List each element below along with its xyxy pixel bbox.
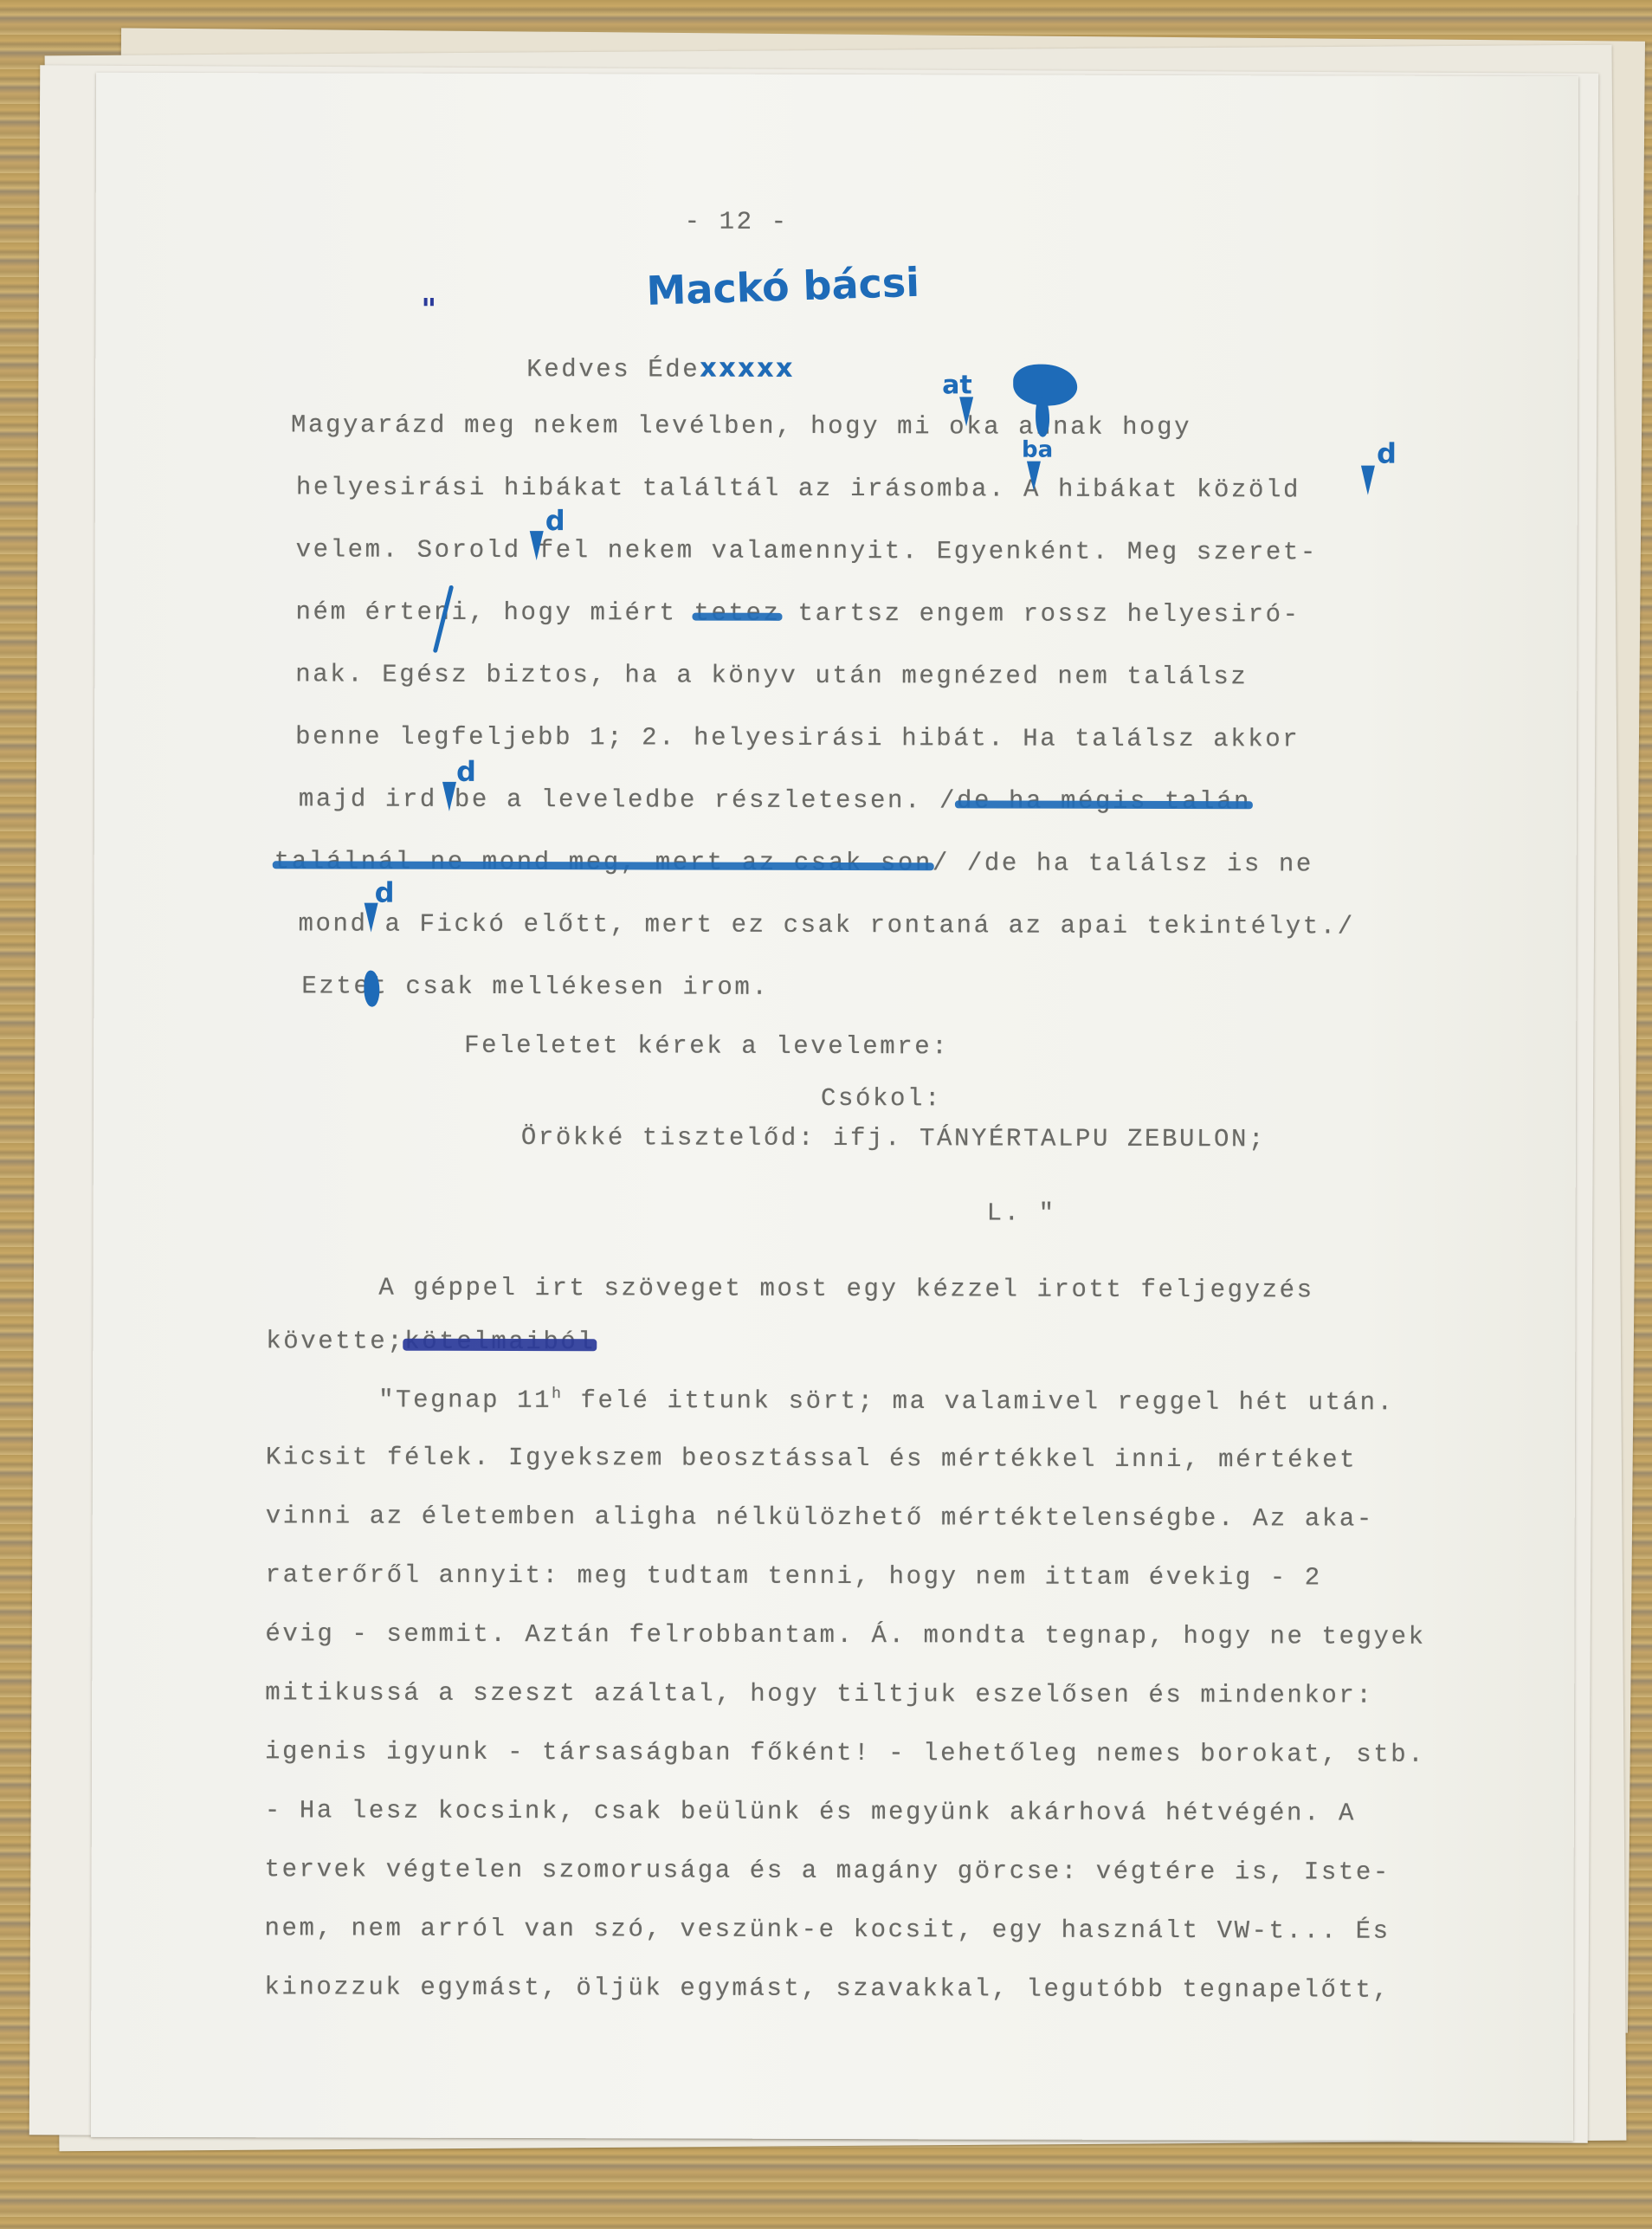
line-text: / /de ha találsz is ne xyxy=(932,849,1313,878)
salutation: Kedves Édexxxxx xyxy=(457,330,795,408)
line-text: ném érteni, hogy miért xyxy=(295,598,694,627)
letter-line: Magyarázd meg nekem levélben, hogy mi ok… xyxy=(291,412,1191,440)
struck-phrase: de ha mégis talán xyxy=(957,786,1251,816)
letter-line: nak. Egész biztos, ha a könyv után megné… xyxy=(295,662,1248,689)
salutation-struck-text: xxxxx xyxy=(700,353,795,384)
line-text: követte; xyxy=(266,1327,404,1355)
ink-blot-icon xyxy=(1036,397,1049,437)
opening-quote-mark: " xyxy=(421,295,436,325)
diary-line: vinni az életemben aligha nélkülözhető m… xyxy=(266,1503,1374,1531)
page-number: - 12 - xyxy=(685,210,789,235)
insertion-caret-icon xyxy=(1027,462,1041,491)
struck-phrase: kötelmaiból xyxy=(404,1328,595,1357)
diary-line: mitikussá a szeszt azáltal, hogy tiltjuk… xyxy=(265,1680,1373,1708)
letter-line: benne legfeljebb 1; 2. helyesirási hibát… xyxy=(295,724,1300,752)
diary-line: "Tegnap 11h felé ittunk sört; ma valamiv… xyxy=(378,1386,1395,1416)
manuscript-page: - 12 - Mackó bácsi " Kedves Édexxxxx Mag… xyxy=(91,73,1578,2141)
signature-initial: L. " xyxy=(987,1200,1056,1225)
diary-line: raterőről annyit: meg tudtam tenni, hogy… xyxy=(266,1562,1322,1590)
insertion-caret-icon xyxy=(530,531,544,560)
insertion-caret-icon xyxy=(959,397,973,426)
narrative-line: követte;kötelmaiból xyxy=(266,1328,595,1354)
correction-insert: d xyxy=(456,758,476,785)
letter-line: találnál ne mond meg, mert az csak son/ … xyxy=(274,849,1313,876)
line-text: "Tegnap 11 xyxy=(378,1386,552,1415)
diary-line: nem, nem arról van szó, veszünk-e kocsit… xyxy=(264,1916,1390,1943)
signature: Örökké tisztelőd: ifj. TÁNYÉRTALPU ZEBUL… xyxy=(521,1125,1266,1152)
letter-line: velem. Sorold fel nekem valamennyit. Egy… xyxy=(296,537,1318,565)
closing-kiss: Csókol: xyxy=(821,1086,942,1111)
diary-line: Kicsit félek. Igyekszem beosztással és m… xyxy=(266,1444,1357,1472)
struck-phrase: találnál ne mond meg, mert az csak son xyxy=(274,847,932,877)
insertion-caret-icon xyxy=(365,903,378,933)
narrative-line: A géppel irt szöveget most egy kézzel ir… xyxy=(378,1276,1313,1303)
struck-word: tetez xyxy=(694,599,781,628)
insertion-caret-icon xyxy=(1361,466,1375,495)
diary-line: igenis igyunk - társaságban főként! - le… xyxy=(265,1739,1425,1767)
closing-request: Feleletet kérek a levelemre: xyxy=(464,1033,949,1059)
diary-line: kinozzuk egymást, öljük egymást, szavakk… xyxy=(264,1974,1390,2002)
letter-line: mond a Fickó előtt, mert ez csak rontaná… xyxy=(299,911,1355,939)
diary-line: tervek végtelen szomorusága és a magány … xyxy=(265,1857,1391,1884)
letter-line: helyesirási hibákat találtál az irásomba… xyxy=(296,475,1300,502)
line-text: tartsz engem rossz helyesiró- xyxy=(781,599,1300,630)
correction-insert: ba xyxy=(1022,439,1053,462)
handwritten-salutation-insert: Mackó bácsi xyxy=(646,262,920,311)
correction-insert: d xyxy=(545,507,565,534)
correction-insert: d xyxy=(1377,440,1397,468)
insertion-caret-icon xyxy=(442,782,456,811)
superscript: h xyxy=(552,1386,563,1403)
ink-blot-icon xyxy=(364,971,379,1007)
diary-line: - Ha lesz kocsink, csak beülünk és megyü… xyxy=(265,1798,1356,1825)
salutation-text: Kedves Éde xyxy=(526,355,700,384)
line-text: majd ird be a leveledbe részletesen. / xyxy=(299,785,957,815)
line-text: felé ittunk sört; ma valamivel reggel hé… xyxy=(564,1386,1395,1418)
diary-line: évig - semmit. Aztán felrobbantam. Á. mo… xyxy=(265,1621,1425,1650)
correction-insert: at xyxy=(942,372,972,398)
